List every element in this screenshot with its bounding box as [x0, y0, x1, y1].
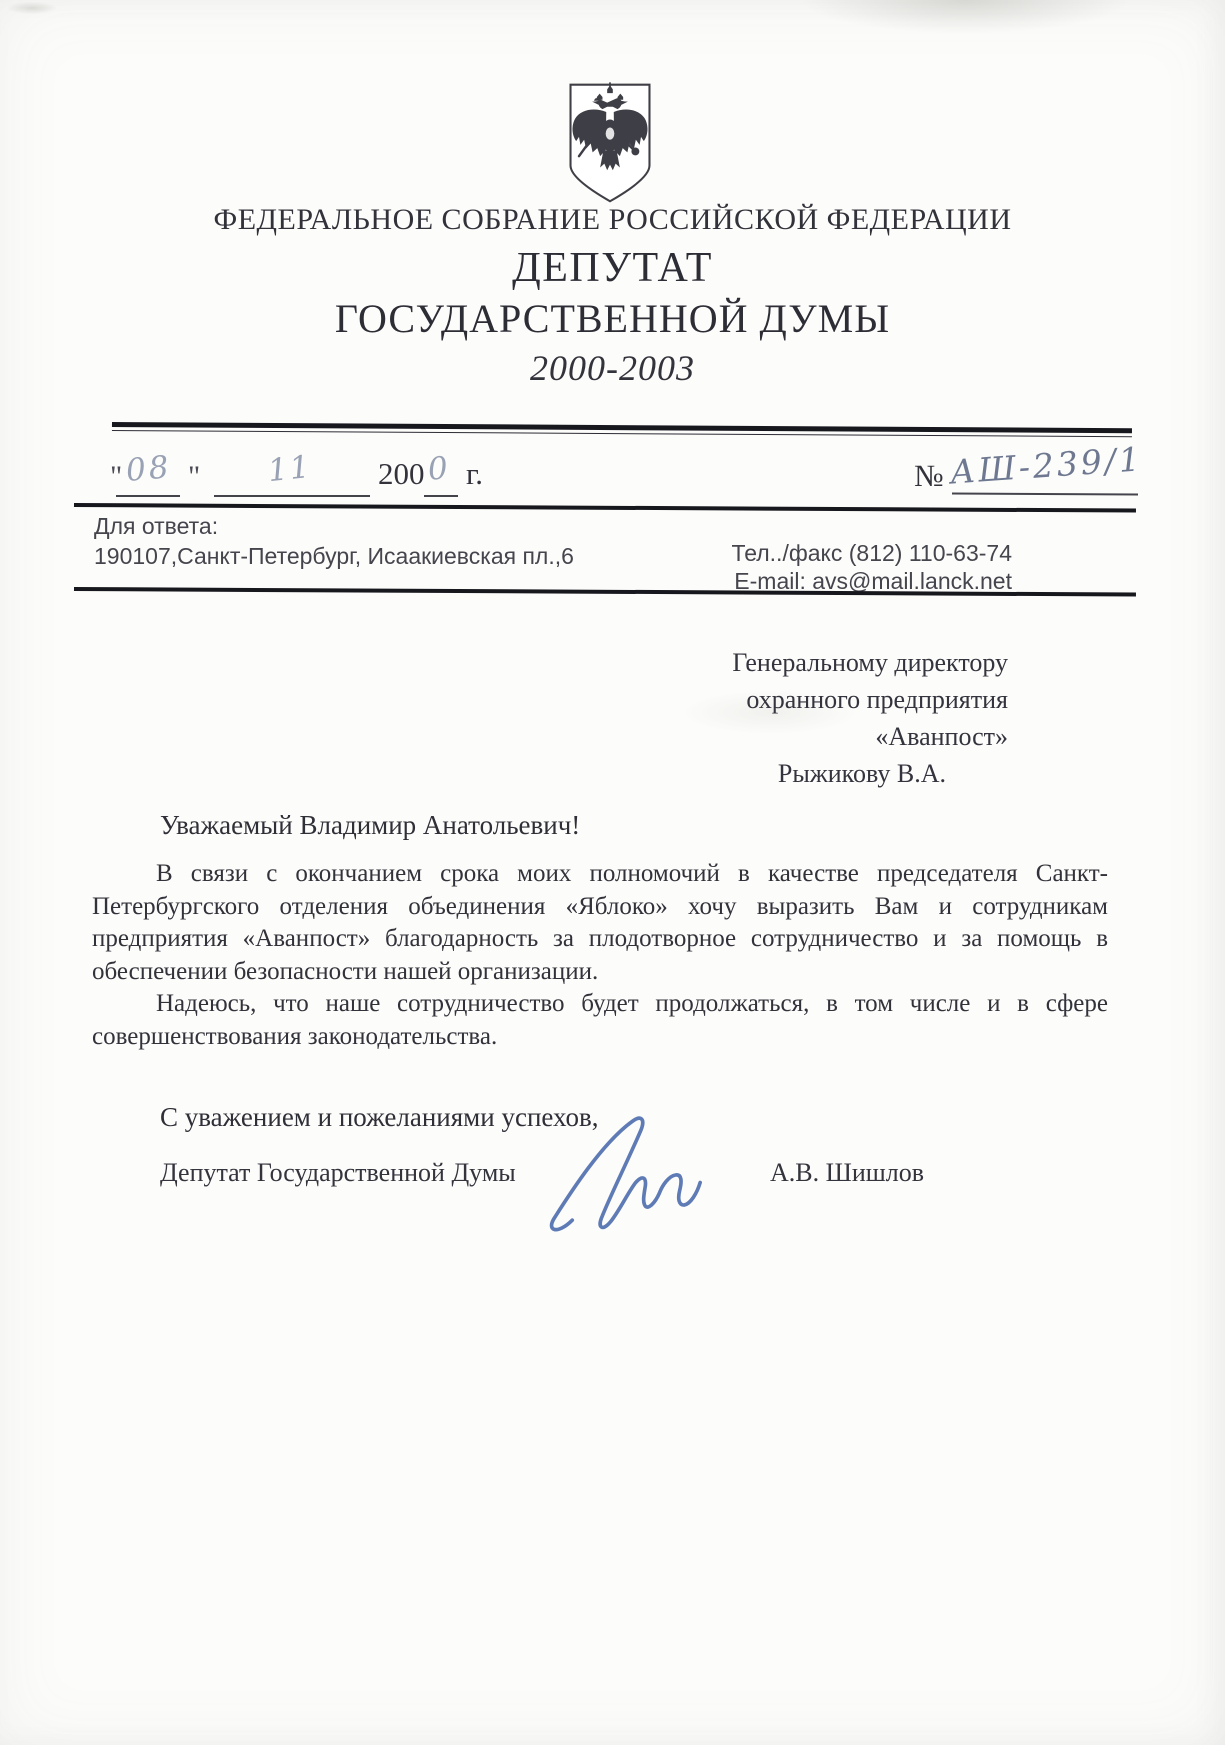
letterhead-subtitle: ГОСУДАРСТВЕННОЙ ДУМЫ	[0, 295, 1225, 342]
date-day-underline	[116, 495, 180, 497]
date-close-quote: "	[188, 460, 200, 494]
letterhead-double-rule	[112, 422, 1132, 438]
body-paragraph-1: В связи с окончанием срока моих полномоч…	[92, 858, 1108, 988]
recipient-block: Генеральному директору охранного предпри…	[630, 644, 1008, 792]
date-year-underline	[424, 495, 458, 497]
body-paragraph-2: Надеюсь, что наше сотрудничество будет п…	[92, 988, 1108, 1053]
valediction: С уважением и пожеланиями успехов,	[160, 1102, 599, 1133]
signer-position: Депутат Государственной Думы	[160, 1158, 516, 1188]
date-month-handwritten: 11	[266, 449, 313, 489]
reply-address: 190107,Санкт-Петербург, Исаакиевская пл.…	[94, 543, 574, 570]
date-year-suffix: г.	[466, 456, 483, 492]
letterhead-title: ДЕПУТАТ	[0, 244, 1225, 292]
recipient-line-3: Рыжикову В.А.	[630, 755, 1008, 792]
date-year-handwritten: 0	[426, 450, 449, 488]
doc-number-label: №	[914, 458, 944, 494]
scan-artifact-top	[800, 0, 1130, 34]
doc-number-handwritten: АШ-239/1	[949, 439, 1141, 491]
letter-body: В связи с окончанием срока моих полномоч…	[92, 858, 1108, 1053]
letterhead-institution: ФЕДЕРАЛЬНОЕ СОБРАНИЕ РОССИЙСКОЙ ФЕДЕРАЦИ…	[0, 203, 1225, 237]
reply-label: Для ответа:	[94, 513, 218, 540]
date-year-printed: 200	[378, 456, 425, 492]
reply-rule-top	[74, 503, 1136, 513]
scanned-letter-page: ФЕДЕРАЛЬНОЕ СОБРАНИЕ РОССИЙСКОЙ ФЕДЕРАЦИ…	[0, 0, 1225, 1745]
signature-icon	[540, 1110, 755, 1245]
date-month-underline	[214, 495, 370, 497]
scan-artifact-top-left	[8, 2, 56, 14]
coat-of-arms-icon	[563, 80, 657, 211]
doc-number-underline	[952, 493, 1138, 496]
recipient-line-1: Генеральному директору	[630, 644, 1008, 681]
date-open-quote: "	[110, 460, 122, 494]
signer-name: А.В. Шишлов	[770, 1158, 924, 1188]
letterhead-term: 2000-2003	[0, 347, 1225, 389]
salutation: Уважаемый Владимир Анатольевич!	[160, 810, 580, 841]
recipient-line-2: охранного предприятия «Аванпост»	[630, 681, 1008, 755]
reply-phone: Тел../факс (812) 110-63-74	[700, 540, 1012, 567]
date-day-handwritten: 08	[125, 449, 173, 489]
